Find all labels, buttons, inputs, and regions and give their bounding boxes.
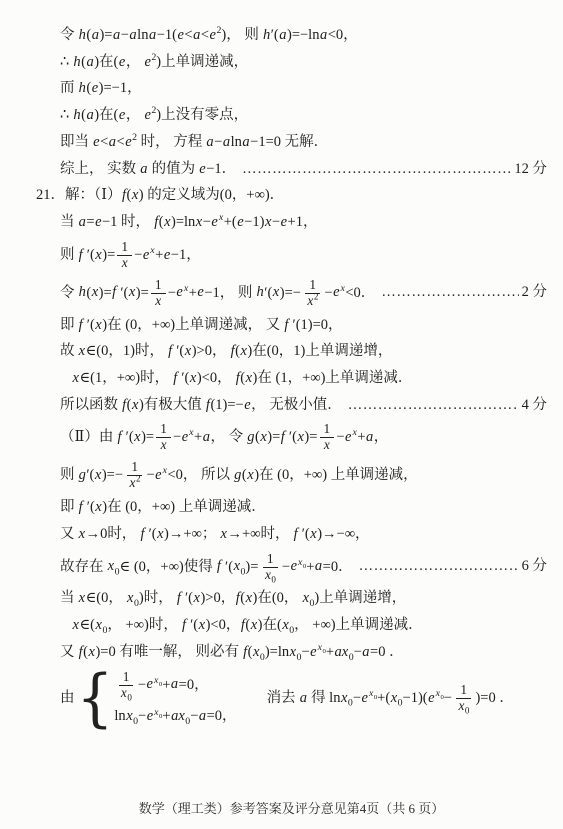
line-text: 又 f(x)=0 有唯一解， 则必有 f(x0)=lnx0−ex0+ax0−a=… bbox=[60, 644, 404, 660]
line-text: 即当 e<a<e2 时， 方程 a−alna−1=0 无解． bbox=[60, 134, 328, 150]
left-brace-glyph: { bbox=[77, 669, 114, 729]
score-label: 12 分 bbox=[514, 160, 547, 180]
dot-leader: …………………………………………………… bbox=[348, 396, 519, 416]
line-text: 故 x∈(0，1)时， f ′(x)>0， f(x)在(0，1)上单调递增， bbox=[60, 343, 392, 359]
answer-sheet-page: 令 h(a)=a−alna−1(e<a<e2)， 则 h′(a)=−lna<0，… bbox=[0, 0, 563, 829]
page-footer: 数学（理工类）参考答案及评分意见第4页（共 6 页） bbox=[36, 798, 547, 819]
line-text: 则 f ′(x)=1x−ex+e−1， bbox=[60, 247, 201, 263]
fraction: 1x0 bbox=[116, 670, 135, 701]
solution-line: ∴ h(a)在(e， e2)上没有零点， bbox=[36, 106, 547, 126]
dot-leader: ……………………………………………………………………………………………… bbox=[242, 160, 511, 180]
fraction: 1x0 bbox=[454, 683, 473, 714]
fraction: 1x bbox=[319, 422, 334, 453]
solution-line: 当 a=e−1 时， f(x)=lnx−ex+(e−1)x−e+1， bbox=[36, 213, 547, 233]
case-equation: lnx0−ex0+ax0−a=0， bbox=[114, 707, 236, 727]
line-text: 则 g′(x)=−1x2−ex<0， 所以 g(x)在 (0，+∞) 上单调递减… bbox=[60, 467, 418, 483]
solution-line: 而 h(e)=−1， bbox=[36, 79, 547, 99]
cases-conclusion-text: 消去 a 得 lnx0−ex0+(x0−1)(ex0−1x0)=0 ． bbox=[267, 683, 514, 714]
line-text: 即 f ′(x)在 (0，+∞)上单调递减， 又 f ′(1)=0， bbox=[60, 317, 343, 333]
line-text: 当 a=e−1 时， f(x)=lnx−ex+(e−1)x−e+1， bbox=[60, 214, 317, 230]
solution-line: 即 f ′(x)在 (0，+∞)上单调递减， 又 f ′(1)=0， bbox=[36, 316, 547, 336]
solution-line: 故 x∈(0，1)时， f ′(x)>0， f(x)在(0，1)上单调递增， bbox=[36, 342, 547, 362]
line-text: 即 f ′(x)在 (0，+∞) 上单调递减． bbox=[60, 499, 266, 515]
equation-system-line: 由{1x0−ex0+a=0，lnx0−ex0+ax0−a=0，消去 a 得 ln… bbox=[36, 670, 547, 728]
solution-line: ∴ h(a)在(e， e2)上单调递减， bbox=[36, 53, 547, 73]
solution-line: x∈(1，+∞)时， f ′(x)<0， f(x)在 (1，+∞)上单调递减． bbox=[36, 369, 547, 389]
dot-leader: ……………………………………………… bbox=[381, 283, 518, 303]
solution-line: 综上， 实数 a 的值为 e−1．……………………………………………………………… bbox=[36, 160, 547, 180]
solution-line: 21．解：（Ⅰ）f(x) 的定义域为(0，+∞)． bbox=[36, 186, 547, 206]
solution-body: 令 h(a)=a−alna−1(e<a<e2)， 则 h′(a)=−lna<0，… bbox=[36, 26, 547, 734]
score-label: 2 分 bbox=[522, 283, 547, 303]
line-text: ∴ h(a)在(e， e2)上没有零点， bbox=[60, 107, 248, 123]
fraction: 1x bbox=[151, 278, 166, 309]
fraction: 1x bbox=[156, 422, 171, 453]
line-text: 而 h(e)=−1， bbox=[60, 80, 142, 96]
cases-prefix-text: 由 bbox=[60, 689, 75, 709]
solution-line: （Ⅱ）由 f ′(x)=1x−ex+a， 令 g(x)=f ′(x)=1x−ex… bbox=[36, 422, 547, 453]
solution-line: 即当 e<a<e2 时， 方程 a−alna−1=0 无解． bbox=[36, 133, 547, 153]
solution-line: 所以函数 f(x)有极大值 f(1)=−e， 无极小值．………………………………… bbox=[36, 396, 547, 416]
line-text: 令 h(x)=f ′(x)=1x−ex+e−1， 则 h′(x)=−1x2−ex… bbox=[60, 278, 375, 309]
fraction: 1x2 bbox=[125, 460, 144, 491]
line-text: x∈(x0， +∞)时， f ′(x)<0，f(x)在(x0， +∞)上单调递减… bbox=[72, 617, 423, 633]
case-equation: 1x0−ex0+a=0， bbox=[114, 670, 236, 701]
line-text: 综上， 实数 a 的值为 e−1． bbox=[60, 160, 236, 180]
solution-line: 令 h(a)=a−alna−1(e<a<e2)， 则 h′(a)=−lna<0， bbox=[36, 26, 547, 46]
line-text: 所以函数 f(x)有极大值 f(1)=−e， 无极小值． bbox=[60, 396, 342, 416]
line-text: 故存在 x0∈ (0，+∞)使得 f ′(x0)=1x0−ex0+a=0． bbox=[60, 552, 353, 583]
score-label: 6 分 bbox=[522, 557, 547, 577]
line-text: 21．解：（Ⅰ）f(x) 的定义域为(0，+∞)． bbox=[36, 187, 284, 203]
solution-line: 当 x∈(0， x0)时， f ′(x)>0，f(x)在(0， x0)上单调递增… bbox=[36, 589, 547, 609]
fraction: 1x2 bbox=[303, 278, 322, 309]
line-text: 令 h(a)=a−alna−1(e<a<e2)， 则 h′(a)=−lna<0， bbox=[60, 27, 358, 43]
line-text: x∈(1，+∞)时， f ′(x)<0， f(x)在 (1，+∞)上单调递减． bbox=[72, 370, 412, 386]
score-label: 4 分 bbox=[522, 396, 547, 416]
line-text: 又 x→0时， f ′(x)→+∞； x→+∞时， f ′(x)→−∞， bbox=[60, 526, 370, 542]
line-text: ∴ h(a)在(e， e2)上单调递减， bbox=[60, 54, 248, 70]
solution-line: 又 f(x)=0 有唯一解， 则必有 f(x0)=lnx0−ex0+ax0−a=… bbox=[36, 643, 547, 663]
solution-line: 令 h(x)=f ′(x)=1x−ex+e−1， 则 h′(x)=−1x2−ex… bbox=[36, 278, 547, 309]
fraction: 1x bbox=[117, 240, 132, 271]
solution-line: 即 f ′(x)在 (0，+∞) 上单调递减． bbox=[36, 498, 547, 518]
solution-line: x∈(x0， +∞)时， f ′(x)<0，f(x)在(x0， +∞)上单调递减… bbox=[36, 616, 547, 636]
cases-equations: 1x0−ex0+a=0，lnx0−ex0+ax0−a=0， bbox=[114, 670, 236, 728]
dot-leader: …………………………………… bbox=[359, 557, 519, 577]
solution-line: 则 f ′(x)=1x−ex+e−1， bbox=[36, 240, 547, 271]
fraction: 1x0 bbox=[260, 552, 279, 583]
line-text: 当 x∈(0， x0)时， f ′(x)>0，f(x)在(0， x0)上单调递增… bbox=[60, 590, 406, 606]
line-text: （Ⅱ）由 f ′(x)=1x−ex+a， 令 g(x)=f ′(x)=1x−ex… bbox=[60, 429, 388, 445]
solution-line: 又 x→0时， f ′(x)→+∞； x→+∞时， f ′(x)→−∞， bbox=[36, 525, 547, 545]
solution-line: 则 g′(x)=−1x2−ex<0， 所以 g(x)在 (0，+∞) 上单调递减… bbox=[36, 460, 547, 491]
solution-line: 故存在 x0∈ (0，+∞)使得 f ′(x0)=1x0−ex0+a=0．………… bbox=[36, 552, 547, 583]
